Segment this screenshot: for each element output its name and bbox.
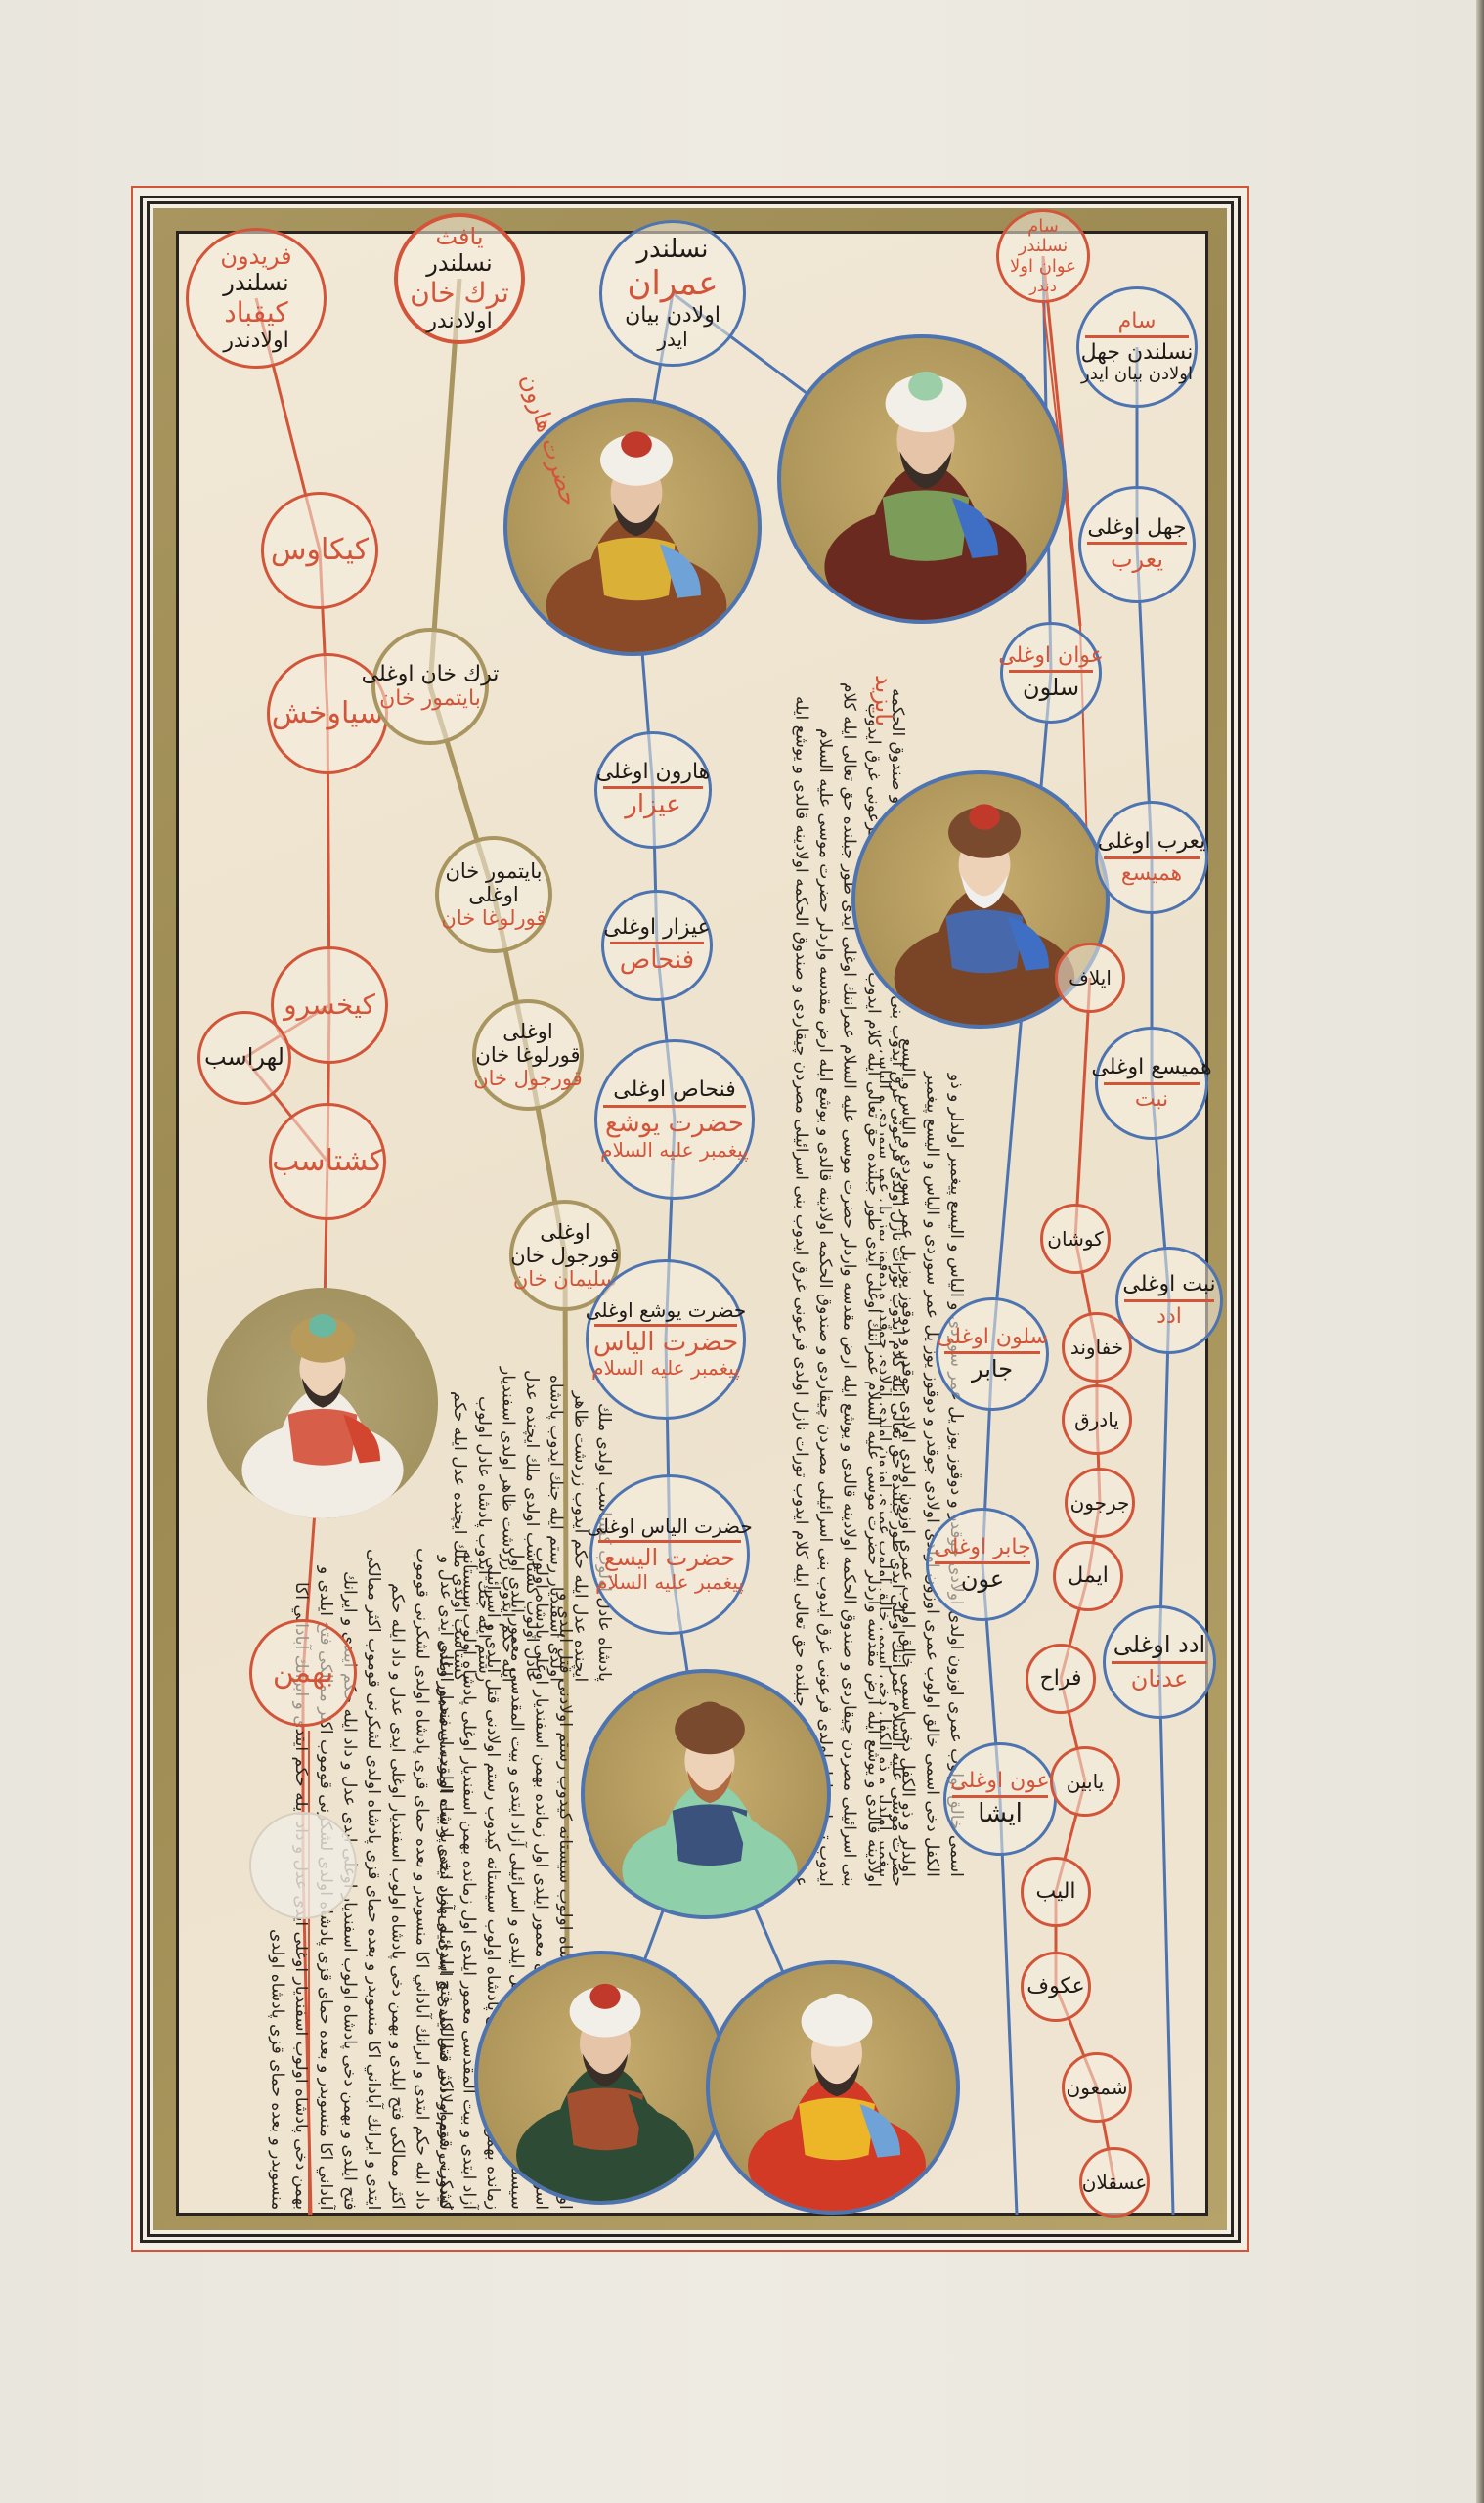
node-jabir: سلون اوغلىجابر (936, 1297, 1049, 1411)
node-label: قورجول خان (473, 1067, 583, 1090)
node-label: عسقلان (1082, 2172, 1148, 2194)
node-label: قورلوغا خان (475, 1043, 580, 1067)
node-label: كيكاوس (271, 534, 369, 568)
node-yabin: يابين (1050, 1746, 1120, 1817)
node-divider (1112, 1661, 1207, 1664)
node-label: فنحاص اوغلى (613, 1077, 736, 1102)
node-label: عوان اوغلى (998, 643, 1104, 668)
text-column-red-rule (308, 1731, 310, 2215)
node-label: پيغمبر عليه السلام (600, 1139, 749, 1162)
gushtasp-portrait (207, 1288, 438, 1518)
node-aysha: عون اوغلىايشا (943, 1742, 1057, 1856)
lineage-edge-adnan-bottom_j (1159, 1662, 1173, 2215)
node-label: فنحاص (620, 946, 694, 976)
node-label: حضرت الياس اوغلى (587, 1515, 752, 1538)
node-avn: جابر اوغلىعون (926, 1508, 1039, 1621)
node-label: شمعون (1067, 2077, 1128, 2099)
node-label: حضرت الياس (593, 1329, 738, 1358)
node-label: سام (1118, 309, 1157, 333)
node-label: لهراسب (204, 1044, 284, 1072)
annotation-bayazid-label: بايزيد (870, 675, 897, 726)
node-label: پيغمبر عليه السلام (591, 1357, 740, 1380)
node-divider (952, 1795, 1048, 1798)
node-farh: فراح (1026, 1644, 1096, 1714)
node-label: دندر (1029, 278, 1057, 295)
node-label: ايدر (657, 329, 687, 351)
node-divider (1009, 670, 1093, 673)
node-luhrasp: لهراسب (197, 1011, 291, 1105)
node-bahman: بهمن (249, 1619, 357, 1727)
node-label: نسلندر (223, 270, 288, 297)
node-shamun: شمعون (1062, 2052, 1132, 2123)
node-label: سياوخش (272, 697, 384, 731)
node-label: حضرت يوشع اوغلى (586, 1299, 747, 1322)
node-label: سليمان خان (513, 1267, 617, 1291)
daniyal-portrait (474, 1951, 728, 2205)
node-label: كوشان (1047, 1228, 1103, 1251)
node-label: ايشا (978, 1800, 1023, 1829)
node-kurlugha: بايتمور خاناوغلىقورلوغا خان (435, 836, 552, 953)
node-label: پيغمبر عليه السلام (595, 1571, 744, 1594)
node-label: حضرت يوشع (605, 1110, 744, 1139)
node-label: ادد (1157, 1304, 1182, 1329)
node-ilaf: ايلاف (1055, 943, 1125, 1013)
node-label: هارون اوغلى (596, 760, 711, 784)
node-faded (249, 1812, 357, 1919)
node-divider (1124, 1299, 1214, 1302)
node-divider (1104, 856, 1200, 859)
node-divider (603, 786, 703, 789)
node-label: اولادن بيان (625, 303, 720, 328)
node-divider (1087, 542, 1187, 545)
node-label: يعرب اوغلى (1098, 829, 1205, 854)
node-hemaysa: يعرب اوغلىهميسع (1095, 801, 1208, 914)
node-akuf: عكوف (1021, 1952, 1091, 2022)
node-label: جهل اوغلى (1087, 515, 1186, 540)
node-label: اولادن بيان ايدر (1081, 365, 1193, 385)
node-divider (610, 942, 704, 944)
node-elyesa: حضرت الياس اوغلىحضرت اليسعپيغمبر عليه ال… (589, 1474, 750, 1635)
node-label: اولادندر (426, 309, 492, 333)
lineage-edge-ilaf-kushan (1075, 978, 1090, 1239)
node-label: ادد اوغلى (1113, 1632, 1205, 1659)
zulkifl-portrait (581, 1669, 831, 1919)
node-label: جابر اوغلى (934, 1535, 1030, 1559)
node-label: اوغلى (540, 1220, 589, 1244)
node-label: يادرق (1074, 1409, 1119, 1431)
node-divider (944, 1351, 1040, 1354)
node-label: كيقباد (224, 297, 287, 329)
node-label: سلون (1023, 675, 1079, 702)
node-label: يعرب (1111, 547, 1163, 574)
node-label: اليب (1035, 1879, 1075, 1904)
node-keykubad: فريدوننسلندركيقباداولادندر (186, 228, 327, 369)
node-label: نبت (1135, 1087, 1168, 1112)
node-label: خفاوند (1070, 1337, 1123, 1359)
text-block-imran-text-2: اسمى خالق اولوب عمرى اوزون اولدى اولادى … (880, 1036, 968, 1877)
node-label: ايلاف (1069, 967, 1112, 989)
node-sam-avan: سامنسلندرعوان اولادندر (996, 209, 1090, 303)
node-label: كشتاسب (272, 1145, 383, 1179)
node-label: قورجول خان (510, 1244, 620, 1267)
node-label: نسلندر (636, 236, 708, 265)
node-label: عون اوغلى (950, 1769, 1050, 1793)
node-label: جرجون (1070, 1492, 1130, 1515)
node-label: نسلندن جهل (1081, 340, 1194, 365)
node-label: عكوف (1026, 1974, 1084, 1998)
figure-icon (710, 1964, 960, 2215)
node-label: ايمل (1068, 1563, 1109, 1588)
node-label: كيخسرو (284, 989, 375, 1021)
node-label: عيزار (625, 791, 680, 820)
node-label: سلون اوغلى (937, 1325, 1048, 1349)
node-turkhan: يافثنسلندرترك خاناولادندر (394, 213, 525, 344)
node-label: سام (1027, 217, 1059, 238)
node-adnan: ادد اوغلىعدنان (1103, 1605, 1216, 1719)
node-label: ترك خان (410, 278, 509, 309)
node-nabit: هميسع اوغلىنبت (1095, 1027, 1208, 1140)
node-label: اولادندر (223, 329, 288, 353)
node-label: بهمن (273, 1656, 333, 1691)
node-label: قورلوغا خان (441, 906, 546, 930)
node-divider (594, 1324, 737, 1327)
node-label: عدنان (1131, 1666, 1189, 1693)
node-ayzar: هارون اوغلىعيزار (594, 731, 712, 849)
node-label: يافث (435, 224, 483, 251)
node-label: فريدون (220, 243, 291, 271)
node-label: جابر (972, 1356, 1013, 1383)
node-alyb: اليب (1021, 1857, 1091, 1927)
node-khafavand: خفاوند (1062, 1312, 1132, 1383)
node-label: بايتمور خان (445, 859, 542, 883)
node-divider (598, 1540, 741, 1543)
node-yadruq: يادرق (1062, 1384, 1132, 1455)
figure-icon (585, 1673, 831, 1919)
node-yarub: جهل اوغلىيعرب (1078, 486, 1196, 603)
node-imran: نسلندرعمراناولادن بيانايدر (599, 220, 746, 367)
node-asqalan: عسقلان (1079, 2147, 1150, 2218)
node-label: يابين (1067, 1771, 1105, 1793)
node-label: عون (961, 1566, 1004, 1594)
figure-icon (478, 1954, 728, 2205)
lineage-edge-aysha-bottom_a (1000, 1799, 1017, 2215)
node-label: عيزار اوغلى (603, 915, 711, 940)
node-baytimur: ترك خان اوغلىبايتمور خان (371, 628, 489, 745)
node-keykavus: كيكاوس (261, 492, 378, 609)
node-label: ترك خان اوغلى (362, 662, 500, 686)
node-label: نبت اوغلى (1122, 1272, 1215, 1296)
node-label: عمران (627, 265, 718, 303)
node-label: نسلندر (1019, 237, 1069, 257)
node-label: اوغلى (468, 883, 518, 906)
node-divider (1085, 335, 1189, 338)
node-jahl: سامنسلندن جهلاولادن بيان ايدر (1076, 286, 1198, 408)
node-label: اوغلى (502, 1020, 552, 1043)
node-label: هميسع اوغلى (1091, 1055, 1211, 1079)
node-jarjun: جرجون (1065, 1468, 1135, 1538)
node-divider (935, 1561, 1030, 1564)
node-selun: عوان اوغلىسلون (1000, 622, 1102, 724)
node-divider (1104, 1082, 1200, 1085)
node-label: بايتمور خان (379, 686, 481, 711)
node-label: هميسع (1121, 861, 1182, 886)
node-udd: نبت اوغلىادد (1115, 1247, 1223, 1354)
node-label: نسلندر (426, 250, 492, 278)
node-gushtasp: كشتاسب (269, 1103, 386, 1220)
node-finhas: عيزار اوغلىفنحاص (601, 890, 713, 1001)
node-ilyas: حضرت يوشع اوغلىحضرت الياسپيغمبر عليه الس… (586, 1259, 746, 1420)
figure-icon (781, 338, 1067, 624)
node-label: فراح (1040, 1666, 1082, 1691)
node-yusha: فنحاص اوغلىحضرت يوشعپيغمبر عليه السلام (594, 1039, 755, 1200)
node-label: عوان اولا (1010, 257, 1076, 278)
node-kushan: كوشان (1040, 1204, 1111, 1274)
node-label: حضرت اليسع (604, 1545, 736, 1572)
musa-portrait (777, 334, 1067, 624)
prophet-portrait (706, 1960, 960, 2215)
node-kurjul: اوغلىقورلوغا خانقورجول خان (472, 999, 584, 1111)
node-ayml: ايمل (1053, 1541, 1123, 1611)
figure-icon (207, 1288, 438, 1518)
node-divider (603, 1105, 746, 1108)
